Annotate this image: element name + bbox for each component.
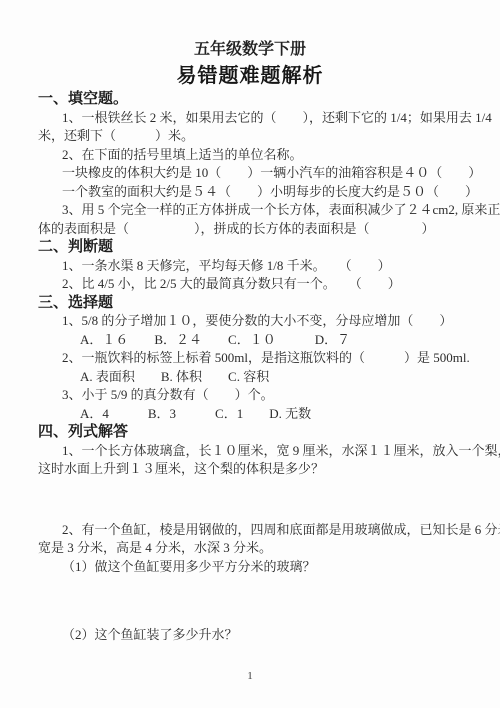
document-title: 易错题难题解析: [38, 62, 462, 90]
section-heading-judge: 二、判断题: [38, 238, 462, 257]
fill-q2-row2-left: 一个教室的面积大约是５４（ ）: [62, 183, 270, 202]
fill-q1-line2: 米，还剩下（ ）米。: [38, 127, 462, 146]
choice-q3-options: A．4 B．3 C．1 D. 无数: [38, 405, 462, 424]
choice-q2: 2、一瓶饮料的标签上标着 500ml，是指这瓶饮料的（ ）是 500ml.: [38, 349, 462, 368]
fill-q3-line2: 体的表面积是（ ），拼成的长方体的表面积是（ ）: [38, 220, 462, 239]
fill-q2-row1-right: 一辆小汽车的油箱容积是４０（ ）: [260, 164, 481, 183]
solve-q2-line1: 2、有一个鱼缸，棱是用钢做的，四周和底面都是用玻璃做成，已知长是 6 分米，: [38, 521, 462, 540]
solve-q2-sub2: （2）这个鱼缸装了多少升水？: [38, 626, 462, 645]
choice-q2-options: A. 表面积 B. 体积 C. 容积: [38, 368, 462, 387]
fill-q2-row2: 一个教室的面积大约是５４（ ） 小明每步的长度大约是５０（ ）: [38, 183, 462, 202]
solve-q1-line2: 这时水面上升到１３厘米，这个梨的体积是多少？: [38, 460, 462, 479]
choice-q3: 3、小于 5/9 的真分数有（ ）个。: [38, 386, 462, 405]
solve-q2-sub1: （1）做这个鱼缸要用多少平方分米的玻璃？: [38, 558, 462, 577]
fill-q1-line1: 1、一根铁丝长 2 米，如果用去它的（ ），还剩下它的 1/4；如果用去 1/4: [38, 109, 462, 128]
judge-q1: 1、一条水渠 8 天修完，平均每天修 1/8 千米。 （ ）: [38, 257, 462, 276]
fill-q3-line1: 3、用 5 个完全一样的正方体拼成一个长方体，表面积减少了２４cm2, 原来正方: [38, 201, 462, 220]
fill-q2-row1-left: 一块橡皮的体积大约是 10（ ）: [62, 164, 260, 183]
section-heading-solve: 四、列式解答: [38, 423, 462, 442]
solve-q2-line2: 宽是 3 分米，高是 4 分米，水深 3 分米。: [38, 539, 462, 558]
document-subtitle: 五年级数学下册: [38, 40, 462, 60]
section-heading-fill-blank: 一、填空题。: [38, 90, 462, 109]
page-number: 1: [0, 670, 500, 682]
judge-q2: 2、比 4/5 小，比 2/5 大的最简真分数只有一个。 （ ）: [38, 275, 462, 294]
choice-q1: 1、5/8 的分子增加１０，要使分数的大小不变，分母应增加（ ）: [38, 312, 462, 331]
worksheet-page: 五年级数学下册 易错题难题解析 一、填空题。 1、一根铁丝长 2 米，如果用去它…: [0, 0, 500, 708]
fill-q2-row1: 一块橡皮的体积大约是 10（ ） 一辆小汽车的油箱容积是４０（ ）: [38, 164, 462, 183]
fill-q2-row2-right: 小明每步的长度大约是５０（ ）: [270, 183, 478, 202]
section-heading-choice: 三、选择题: [38, 294, 462, 313]
worksheet-content: 五年级数学下册 易错题难题解析 一、填空题。 1、一根铁丝长 2 米，如果用去它…: [0, 0, 500, 645]
fill-q2: 2、在下面的括号里填上适当的单位名称。: [38, 146, 462, 165]
solve-q1-line1: 1、一个长方体玻璃盒，长１０厘米，宽 9 厘米，水深１１厘米，放入一个梨，: [38, 442, 462, 461]
choice-q1-options: A．１６ B．２４ C．１０ D．７: [38, 331, 462, 350]
